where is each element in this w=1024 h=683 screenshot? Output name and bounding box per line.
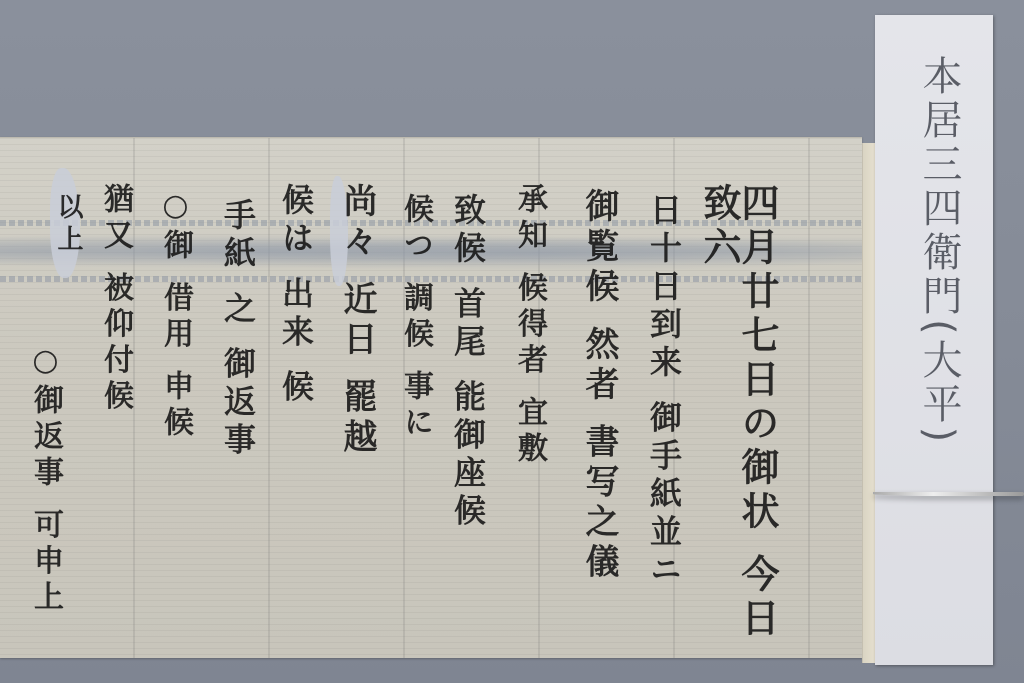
text-column-5: 致候 首尾 能御座候 — [452, 193, 484, 531]
text-column-7: 尚々 近日 罷越 — [340, 183, 374, 459]
text-column-2: 日十日到来 御手紙並ニ — [648, 193, 680, 590]
label-slip: 本居三四衛門(大平) — [875, 15, 993, 665]
scroll-roll-edge — [862, 143, 875, 663]
document-paper: 四月廿七日の御状 今日致六 日十日到来 御手紙並ニ 御覧候 然者 書写之儀 承知… — [0, 137, 862, 658]
label-slip-text: 本居三四衛門(大平) — [911, 55, 968, 446]
text-column-3: 御覧候 然者 書写之儀 — [582, 188, 616, 584]
text-column-6: 候つ 調候 事に — [400, 193, 430, 442]
text-column-11: 猶又 被仰付候 — [100, 183, 130, 415]
text-column-9: 手紙 之 御返事 — [222, 198, 254, 460]
pin-needle — [873, 492, 1024, 496]
text-column-10: ○御 借用 申候 — [160, 188, 190, 442]
text-column-1: 四月廿七日の御状 今日致六 — [700, 183, 776, 658]
text-column-12: 以上 — [55, 193, 81, 257]
text-column-8: 候は 出来 候 — [280, 183, 312, 407]
text-column-13: ○御返事 可申上 — [30, 343, 60, 616]
text-column-4: 承知 候得者 宜敷 — [514, 183, 544, 468]
